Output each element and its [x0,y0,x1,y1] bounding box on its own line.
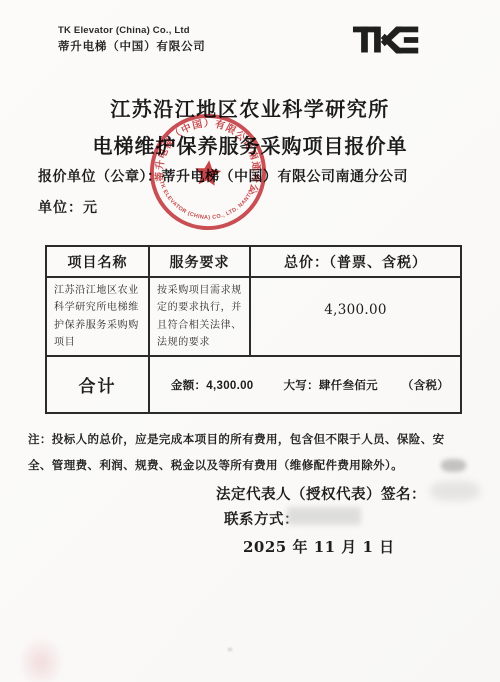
company-name-en: TK Elevator (China) Co., Ltd [58,25,190,36]
total-tax-note: （含税） [402,377,449,393]
document-date: 2025 年 11 月 1 日 [243,536,395,557]
table-header-service-requirement: 服务要求 [150,247,251,278]
company-name-zh: 蒂升电梯（中国）有限公司 [58,38,206,54]
quotation-table: 项目名称 服务要求 总价：（普票、含税） 江苏沿江地区农业科学研究所电梯维护保养… [45,245,462,414]
table-header-project-name: 项目名称 [47,247,150,278]
table-cell-total-detail: 金额：4,300.00 大写：肆仟叁佰元 （含税） [150,357,460,412]
seal-star-icon [194,159,223,186]
signature-blur [430,481,480,501]
table-cell-total-label: 合计 [47,357,150,412]
legal-representative-label: 法定代表人（授权代表）签名： [216,483,426,504]
note-line1: 注：投标人的总价，应是完成本项目的所有费用，包含但不限于人员、保险、安 [28,431,445,447]
total-amount: 金额：4,300.00 [171,377,254,393]
total-amount-caps: 大写：肆仟叁佰元 [283,377,377,393]
scan-speck [228,648,232,651]
table-cell-total-price: 4,300.00 [251,278,460,357]
currency-unit-line: 单位：元 [38,197,98,217]
seal-bleedthrough-mark [20,638,62,682]
tke-logo [352,22,424,58]
scanned-quotation-page: TK Elevator (China) Co., Ltd 蒂升电梯（中国）有限公… [0,0,500,682]
table-cell-project-name: 江苏沿江地区农业科学研究所电梯维护保养服务采购购项目 [47,278,150,357]
signature-smudge [441,459,466,472]
note-line2: 全、管理费、利润、规费、税金以及等所有费用（维修配件费用除外）。 [28,457,403,473]
table-cell-service-requirement: 按采购项目需求规定的要求执行，并且符合相关法律、法规的要求 [150,278,251,357]
redacted-contact-info [287,507,361,525]
company-seal-stamp: 蒂升电梯（中国）有限公司南通分公司 TK ELEVATOR (CHINA) CO… [142,106,274,238]
table-header-total-price: 总价：（普票、含税） [251,247,460,278]
